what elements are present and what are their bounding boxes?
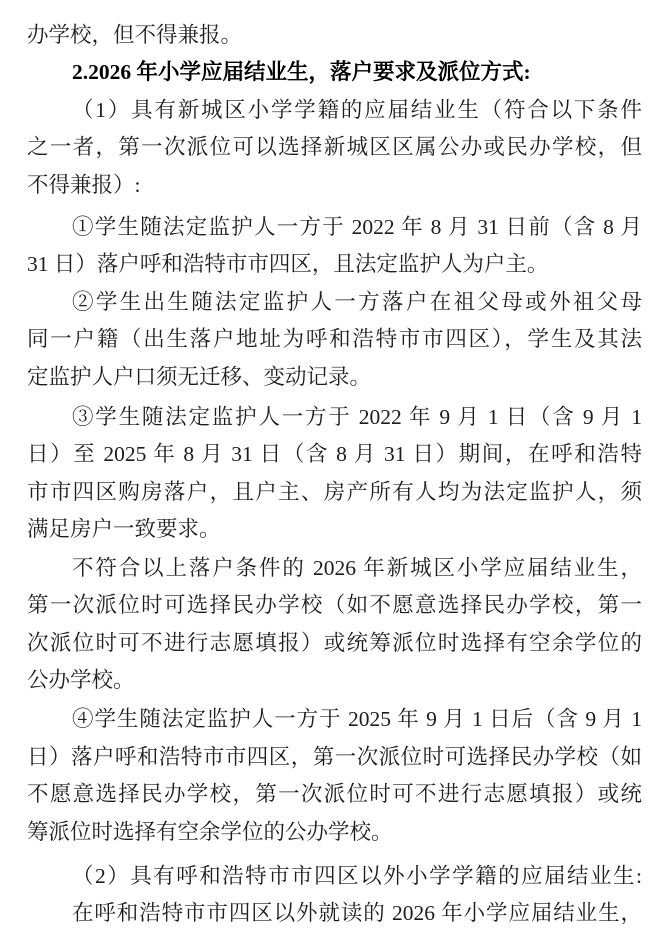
- text-line: 不愿意选择民办学校，第一次派位时可不进行志愿填报）或统: [27, 776, 642, 813]
- text-line: 市市四区购房落户，且户主、房产所有人均为法定监护人，须: [27, 474, 642, 511]
- text-line: ②学生出生随法定监护人一方落户在祖父母或外祖父母: [27, 284, 642, 321]
- paragraph: ②学生出生随法定监护人一方落户在祖父母或外祖父母同一户籍（出生落户地址为呼和浩特…: [27, 284, 642, 396]
- section-heading: 2.2026 年小学应届结业生，落户要求及派位方式:: [27, 54, 642, 91]
- text-line: 定监护人户口须无迁移、变动记录。: [27, 359, 642, 396]
- paragraph: 在呼和浩特市市四区以外就读的 2026 年小学应届结业生，: [27, 895, 642, 932]
- document-body: 办学校，但不得兼报。2.2026 年小学应届结业生，落户要求及派位方式:（1）具…: [0, 0, 667, 933]
- text-line: 次派位时可不进行志愿填报）或统筹派位时选择有空余学位的: [27, 625, 642, 662]
- text-line: ①学生随法定监护人一方于 2022 年 8 月 31 日前（含 8 月: [27, 209, 642, 246]
- text-line: 31 日）落户呼和浩特市市四区，且法定监护人为户主。: [27, 246, 642, 283]
- paragraph: ①学生随法定监护人一方于 2022 年 8 月 31 日前（含 8 月31 日）…: [27, 209, 642, 284]
- heading-text-line: 2.2026 年小学应届结业生，落户要求及派位方式:: [27, 54, 642, 91]
- paragraph: （1）具有新城区小学学籍的应届结业生（符合以下条件之一者，第一次派位可以选择新城…: [27, 92, 642, 204]
- text-line: 不符合以上落户条件的 2026 年新城区小学应届结业生，: [27, 550, 642, 587]
- text-line: ③学生随法定监护人一方于 2022 年 9 月 1 日（含 9 月 1: [27, 399, 642, 436]
- text-line: （1）具有新城区小学学籍的应届结业生（符合以下条件: [27, 92, 642, 129]
- paragraph: 不符合以上落户条件的 2026 年新城区小学应届结业生，第一次派位时可选择民办学…: [27, 550, 642, 700]
- text-line: 办学校，但不得兼报。: [27, 17, 642, 54]
- text-line: 满足房户一致要求。: [27, 511, 642, 548]
- text-line: ④学生随法定监护人一方于 2025 年 9 月 1 日后（含 9 月 1: [27, 701, 642, 738]
- paragraph: 办学校，但不得兼报。: [27, 17, 642, 54]
- text-line: （2）具有呼和浩特市市四区以外小学学籍的应届结业生:: [27, 858, 642, 895]
- paragraph: （2）具有呼和浩特市市四区以外小学学籍的应届结业生:: [27, 858, 642, 895]
- text-line: 之一者，第一次派位可以选择新城区区属公办或民办学校，但: [27, 129, 642, 166]
- document-page: 办学校，但不得兼报。2.2026 年小学应届结业生，落户要求及派位方式:（1）具…: [0, 0, 667, 938]
- text-line: 日）至 2025 年 8 月 31 日（含 8 月 31 日）期间，在呼和浩特: [27, 436, 642, 473]
- text-line: 同一户籍（出生落户地址为呼和浩特市市四区），学生及其法: [27, 321, 642, 358]
- text-line: 筹派位时选择有空余学位的公办学校。: [27, 814, 642, 851]
- paragraph: ③学生随法定监护人一方于 2022 年 9 月 1 日（含 9 月 1日）至 2…: [27, 399, 642, 549]
- text-line: 不得兼报）:: [27, 167, 642, 204]
- text-line: 日）落户呼和浩特市市四区，第一次派位时可选择民办学校（如: [27, 739, 642, 776]
- paragraph: ④学生随法定监护人一方于 2025 年 9 月 1 日后（含 9 月 1日）落户…: [27, 701, 642, 851]
- text-line: 公办学校。: [27, 662, 642, 699]
- text-line: 在呼和浩特市市四区以外就读的 2026 年小学应届结业生，: [27, 895, 642, 932]
- text-line: 第一次派位时可选择民办学校（如不愿意选择民办学校，第一: [27, 587, 642, 624]
